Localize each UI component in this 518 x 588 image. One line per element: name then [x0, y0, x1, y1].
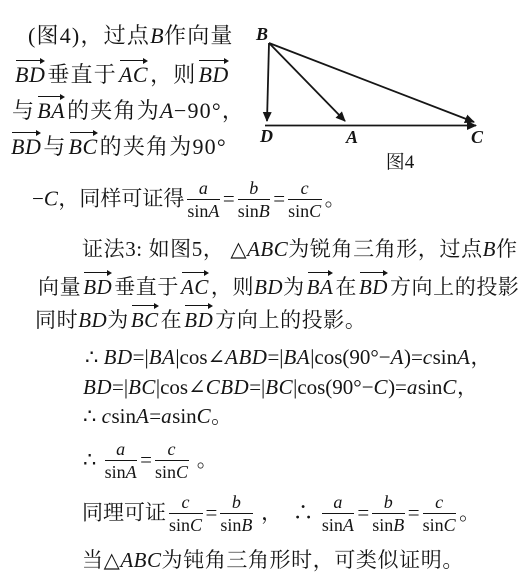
fraction-denominator: sinB: [220, 514, 253, 535]
fraction-denominator: sinB: [238, 200, 271, 221]
text-run: −: [32, 186, 44, 210]
text-run: =|: [267, 345, 283, 369]
text-run: =: [140, 447, 152, 471]
text-run: 垂直于: [47, 62, 117, 87]
math-italic: C: [374, 375, 389, 399]
text-run: 为锐角三角形，过点: [288, 237, 482, 261]
text-run: =|: [249, 375, 265, 399]
text-run: 与: [43, 134, 66, 159]
math-italic: ABC: [120, 548, 161, 572]
figure-4: B D A C 图4: [248, 15, 518, 175]
fraction-numerator: b: [238, 179, 271, 200]
math-italic: A: [208, 201, 220, 221]
line-6: 证法3: 如图5， △ABC为锐角三角形，过点B作: [82, 236, 518, 262]
text-run: 在: [335, 275, 357, 299]
line-13: 同理可证csinC=bsinB ， ∴ asinA=bsinB=csinC。: [82, 493, 480, 536]
math-italic: C: [44, 186, 59, 210]
text-run: sin: [238, 201, 259, 221]
vector-BD: BD: [11, 134, 41, 160]
vector-BC: BC: [69, 134, 98, 160]
text-run: ∴: [85, 345, 104, 369]
line-1: (图4)，过点B作向量: [28, 23, 234, 49]
fraction-denominator: sinA: [105, 461, 138, 482]
math-italic: A: [126, 462, 138, 482]
fraction: bsinB: [238, 179, 271, 222]
fraction: csinC: [288, 179, 322, 222]
text-run: 与: [12, 98, 35, 123]
fraction-denominator: sinA: [187, 200, 220, 221]
math-italic: B: [393, 515, 405, 535]
math-italic: BD: [83, 375, 112, 399]
math-italic: c: [168, 439, 177, 459]
text-run: 。: [325, 186, 346, 210]
vector-arrow-icon: [119, 57, 148, 64]
fraction-numerator: c: [288, 179, 322, 200]
math-italic: c: [102, 404, 112, 428]
math-italic: BC: [128, 375, 156, 399]
text-run: sin: [423, 515, 444, 535]
math-italic: a: [407, 375, 418, 399]
vector-BA: BA: [307, 274, 334, 300]
fraction-denominator: sinC: [423, 514, 457, 535]
fraction-numerator: a: [322, 493, 355, 514]
text-run: 方向上的投影，: [390, 275, 518, 299]
text-run: =: [273, 186, 285, 210]
text-run: sin: [220, 515, 241, 535]
text-run: ， ∴: [256, 500, 319, 524]
text-run: 在: [161, 308, 183, 332]
text-run: sin: [322, 515, 343, 535]
text-run: ，则: [150, 62, 196, 87]
line-5: −C，同样可证得asinA=bsinB=csinC。: [32, 179, 346, 222]
fraction: csinC: [155, 440, 189, 483]
math-italic: BD: [78, 308, 107, 332]
math-italic: b: [384, 492, 394, 512]
text-run: 为: [283, 275, 305, 299]
line-10: BD=|BC|cos∠CBD=|BC|cos(90°−C)=asinC，: [83, 374, 478, 400]
text-run: ∴: [83, 447, 102, 471]
text-run: =: [149, 404, 161, 428]
math-italic: BD: [254, 275, 283, 299]
line-12: ∴ asinA=csinC 。: [83, 440, 218, 483]
text-run: sin: [372, 515, 393, 535]
math-italic: c: [423, 345, 433, 369]
text-run: ，同样可证得: [58, 186, 184, 210]
math-italic: BA: [149, 345, 176, 369]
fraction: csinC: [169, 493, 203, 536]
vector-AC: AC: [181, 274, 209, 300]
arrow-B-to-A: [269, 43, 345, 121]
math-italic: a: [116, 439, 126, 459]
text-run: )=: [404, 345, 423, 369]
line-3: 与BA的夹角为A−90°，: [12, 98, 245, 124]
math-italic: ABC: [247, 237, 288, 261]
text-run: sin: [105, 462, 126, 482]
fraction: bsinB: [372, 493, 405, 536]
math-italic: A: [457, 345, 470, 369]
vector-BD: BD: [83, 274, 112, 300]
text-run: ，: [470, 345, 491, 369]
point-label-D: D: [259, 126, 273, 146]
vector-BA: BA: [37, 98, 65, 124]
line-7: 向量BD垂直于AC，则BD为BA在BD方向上的投影，: [38, 274, 518, 300]
text-run: |cos∠: [175, 345, 225, 369]
fraction: asinA: [187, 179, 220, 222]
math-italic: c: [301, 178, 310, 198]
math-italic: CBD: [206, 375, 250, 399]
vector-arrow-icon: [307, 269, 334, 276]
arrow-B-to-D: [267, 43, 269, 121]
text-run: 的夹角为: [67, 98, 160, 123]
text-run: sin: [111, 404, 136, 428]
math-italic: A: [136, 404, 149, 428]
text-run: sin: [418, 375, 443, 399]
fraction-numerator: a: [105, 440, 138, 461]
text-run: 为钝角三角形时，可类似证明。: [162, 548, 464, 572]
fraction-denominator: sinC: [169, 514, 203, 535]
text-run: =: [357, 500, 369, 524]
math-italic: C: [309, 201, 322, 221]
vector-arrow-icon: [15, 57, 45, 64]
point-label-B: B: [255, 24, 268, 44]
vector-BD: BD: [184, 307, 213, 333]
vector-arrow-icon: [131, 302, 159, 309]
fraction-numerator: c: [155, 440, 189, 461]
math-italic: b: [232, 492, 242, 512]
fraction-denominator: sinB: [372, 514, 405, 535]
text-run: sin: [433, 345, 458, 369]
figure-caption: 图4: [386, 151, 415, 173]
fraction-numerator: b: [220, 493, 253, 514]
vector-BC: BC: [131, 307, 159, 333]
vector-AC: AC: [119, 62, 148, 88]
fraction: asinA: [105, 440, 138, 483]
math-italic: c: [182, 492, 191, 512]
math-italic: C: [176, 462, 189, 482]
document-page: (图4)，过点B作向量BD垂直于AC，则BD与BA的夹角为A−90°，BD与BC…: [0, 0, 518, 588]
text-run: sin: [172, 404, 197, 428]
text-run: 作: [496, 237, 518, 261]
fraction-denominator: sinC: [288, 200, 322, 221]
text-run: −90°，: [174, 98, 245, 123]
math-italic: B: [259, 201, 271, 221]
math-italic: b: [249, 178, 259, 198]
fraction-numerator: b: [372, 493, 405, 514]
text-run: sin: [187, 201, 208, 221]
text-run: 。: [211, 404, 232, 428]
point-label-C: C: [471, 127, 484, 147]
vector-BD: BD: [359, 274, 388, 300]
text-run: 当△: [82, 548, 120, 572]
vector-arrow-icon: [198, 57, 228, 64]
math-italic: C: [444, 515, 457, 535]
math-italic: B: [241, 515, 253, 535]
vector-arrow-icon: [181, 269, 209, 276]
text-run: 同时: [35, 308, 78, 332]
vector-arrow-icon: [37, 93, 65, 100]
math-italic: C: [190, 515, 203, 535]
line-9: ∴ BD=|BA|cos∠ABD=|BA|cos(90°−A)=csinA，: [85, 344, 491, 370]
text-run: ，则: [211, 275, 254, 299]
text-run: 作向量: [164, 23, 234, 48]
text-run: |cos(90°−: [293, 375, 373, 399]
fraction-numerator: c: [423, 493, 457, 514]
text-run: 的夹角为90°: [100, 134, 227, 159]
line-8: 同时BD为BC在BD方向上的投影。: [35, 307, 366, 333]
math-italic: a: [161, 404, 172, 428]
text-run: =: [408, 500, 420, 524]
line-11: ∴ csinA=asinC。: [83, 403, 232, 429]
math-italic: BD: [104, 345, 133, 369]
math-italic: A: [343, 515, 355, 535]
line-2: BD垂直于AC，则BD: [13, 62, 231, 88]
fraction: bsinB: [220, 493, 253, 536]
vector-arrow-icon: [69, 129, 98, 136]
text-run: =: [206, 500, 218, 524]
text-run: sin: [288, 201, 309, 221]
vector-arrow-icon: [11, 129, 41, 136]
vector-BD: BD: [198, 62, 228, 88]
text-run: 垂直于: [114, 275, 179, 299]
math-italic: A: [160, 98, 174, 123]
math-italic: c: [435, 492, 444, 512]
text-run: |cos(90°−: [310, 345, 390, 369]
text-run: 为: [107, 308, 129, 332]
line-14: 当△ABC为钝角三角形时，可类似证明。: [82, 547, 464, 573]
math-italic: C: [197, 404, 212, 428]
text-run: ，: [457, 375, 478, 399]
math-italic: B: [483, 237, 496, 261]
text-run: sin: [169, 515, 190, 535]
text-run: ∴: [83, 404, 102, 428]
math-italic: BC: [265, 375, 293, 399]
text-run: =|: [133, 345, 149, 369]
text-run: 证法3: 如图5， △: [82, 237, 247, 261]
vector-arrow-icon: [359, 269, 388, 276]
math-italic: B: [150, 23, 164, 48]
text-run: 。: [459, 500, 480, 524]
text-run: 。: [192, 447, 218, 471]
vector-BD: BD: [15, 62, 45, 88]
text-run: |cos∠: [156, 375, 206, 399]
fraction-denominator: sinC: [155, 461, 189, 482]
math-italic: BA: [284, 345, 311, 369]
fraction: asinA: [322, 493, 355, 536]
fraction-numerator: c: [169, 493, 203, 514]
text-run: 方向上的投影。: [215, 308, 366, 332]
text-run: =|: [112, 375, 128, 399]
line-4: BD与BC的夹角为90°: [9, 134, 227, 160]
math-italic: C: [442, 375, 457, 399]
text-run: 向量: [38, 275, 81, 299]
text-run: (图4)，过点: [28, 23, 150, 48]
point-label-A: A: [345, 127, 358, 147]
math-italic: a: [199, 178, 209, 198]
text-run: sin: [155, 462, 176, 482]
arrow-B-to-C: [269, 43, 474, 122]
math-italic: ABD: [225, 345, 267, 369]
text-run: )=: [388, 375, 407, 399]
fraction-denominator: sinA: [322, 514, 355, 535]
text-run: =: [223, 186, 235, 210]
text-run: 同理可证: [82, 500, 166, 524]
fraction-numerator: a: [187, 179, 220, 200]
vector-arrow-icon: [184, 302, 213, 309]
fraction: csinC: [423, 493, 457, 536]
math-italic: a: [333, 492, 343, 512]
math-italic: A: [391, 345, 404, 369]
vector-arrow-icon: [83, 269, 112, 276]
